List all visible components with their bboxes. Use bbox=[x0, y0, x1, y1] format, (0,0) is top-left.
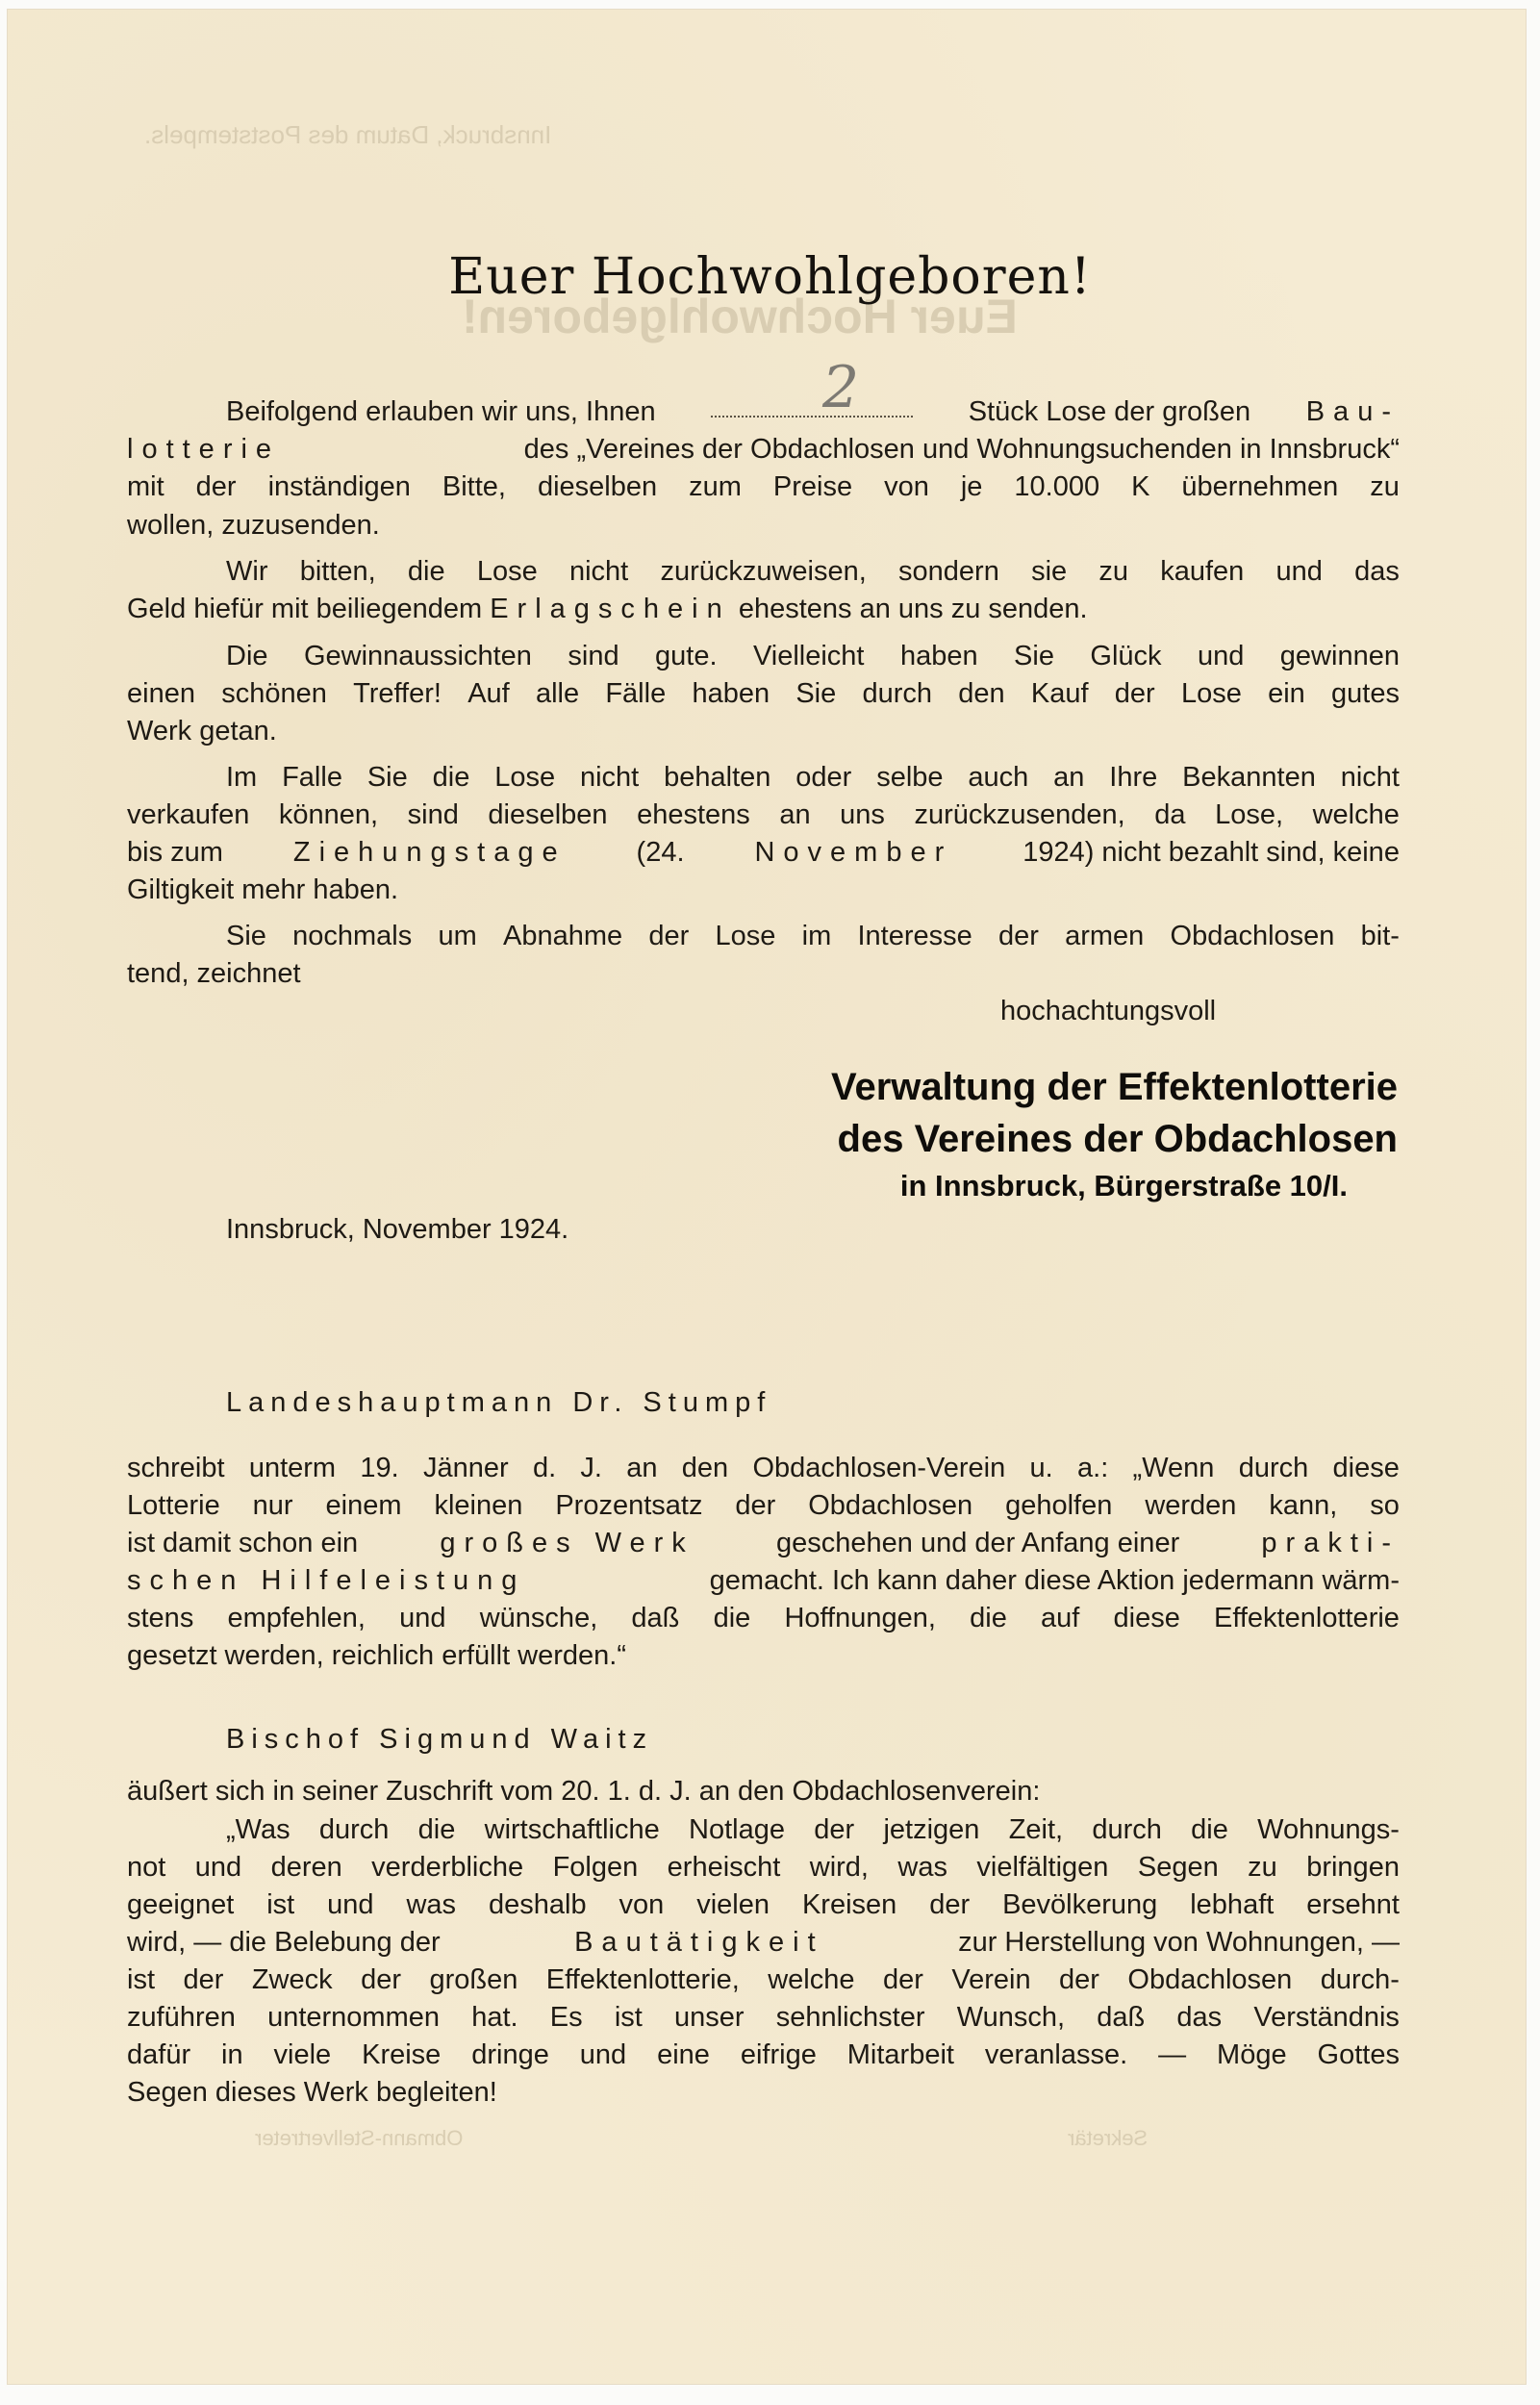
word: Auf bbox=[467, 678, 510, 710]
word: der bbox=[929, 1889, 970, 1921]
e1-line2: LotterienureinemkleinenProzentsatzderObd… bbox=[127, 1490, 1400, 1522]
word: die bbox=[408, 556, 445, 588]
word: Obdachlosen bbox=[808, 1490, 972, 1522]
word: der bbox=[883, 1964, 923, 1996]
word: Prozentsatz bbox=[555, 1490, 702, 1522]
word: Gewinnaussichten bbox=[304, 641, 532, 672]
signature-line3: in Innsbruck, Bürgerstraße 10/I. bbox=[900, 1169, 1348, 1203]
word: gewinnen bbox=[1280, 641, 1400, 672]
word: Sie bbox=[367, 762, 408, 794]
word: und bbox=[1198, 641, 1244, 672]
word: der bbox=[361, 1964, 401, 1996]
word: a.: bbox=[1077, 1453, 1108, 1484]
word: von bbox=[619, 1889, 665, 1921]
text: Erlagschein bbox=[490, 594, 731, 624]
word: unternommen bbox=[267, 2002, 440, 2034]
word: verderbliche bbox=[371, 1852, 523, 1884]
endorsement2-name: Bischof Sigmund Waitz bbox=[226, 1724, 653, 1756]
ticket-count-blank bbox=[711, 396, 913, 418]
word: nur bbox=[253, 1490, 293, 1522]
word: Fälle bbox=[605, 678, 666, 710]
word: der bbox=[998, 921, 1039, 952]
word: nochmals bbox=[292, 921, 412, 952]
word: der bbox=[183, 1964, 223, 1996]
word: Lose bbox=[1181, 678, 1242, 710]
word: d. bbox=[533, 1453, 556, 1484]
word: Wunsch, bbox=[957, 2002, 1065, 2034]
letter-salutation-title: Euer Hochwohlgeboren! bbox=[0, 248, 1540, 306]
text: Bau- bbox=[1306, 396, 1400, 428]
word: Kreise bbox=[362, 2039, 441, 2071]
word: vielfältigen bbox=[976, 1852, 1108, 1884]
p2-line2: Geld hiefür mit beiliegendem Erlagschein… bbox=[127, 594, 1088, 625]
word: ein bbox=[1268, 678, 1305, 710]
word: Falle bbox=[282, 762, 342, 794]
word: kann, bbox=[1269, 1490, 1337, 1522]
word: 19. bbox=[360, 1453, 398, 1484]
word: viele bbox=[274, 2039, 332, 2071]
word: Notlage bbox=[689, 1814, 785, 1846]
word: „Wenn bbox=[1133, 1453, 1215, 1484]
word: uns bbox=[840, 799, 885, 831]
word: unterm bbox=[249, 1453, 336, 1484]
word: sondern bbox=[898, 556, 999, 588]
word: gute. bbox=[655, 641, 718, 672]
word: vielen bbox=[696, 1889, 770, 1921]
word: um bbox=[438, 921, 476, 952]
text: (24. bbox=[637, 837, 685, 869]
e2-line8: Segen dieses Werk begleiten! bbox=[127, 2077, 497, 2109]
text: Geld hiefür mit beiliegendem bbox=[127, 594, 482, 624]
e2-line5: istderZweckdergroßenEffektenlotterie,wel… bbox=[127, 1964, 1400, 1996]
word: gutes bbox=[1331, 678, 1400, 710]
e2-line4: wird, — die Belebung der Bautätigkeit zu… bbox=[127, 1927, 1400, 1959]
e1-line3: ist damit schon ein großes Werk geschehe… bbox=[127, 1528, 1400, 1559]
word: Lose bbox=[477, 556, 538, 588]
word: und bbox=[399, 1603, 445, 1634]
word: schönen bbox=[221, 678, 327, 710]
word: schreibt bbox=[127, 1453, 225, 1484]
word: Möge bbox=[1217, 2039, 1287, 2071]
word: dringe bbox=[471, 2039, 549, 2071]
word: so bbox=[1370, 1490, 1400, 1522]
e2-line1: „WasdurchdiewirtschaftlicheNotlagederjet… bbox=[226, 1814, 1400, 1846]
word: Treffer! bbox=[353, 678, 442, 710]
word: das bbox=[1354, 556, 1400, 588]
word: haben bbox=[692, 678, 770, 710]
word: zurückzusenden, bbox=[914, 799, 1124, 831]
word: können, bbox=[279, 799, 378, 831]
word: großen bbox=[429, 1964, 518, 1996]
p2-line1: Wirbitten,dieLosenichtzurückzuweisen,son… bbox=[226, 556, 1400, 588]
word: übernehmen bbox=[1181, 471, 1338, 503]
word: deren bbox=[271, 1852, 342, 1884]
signature-line1: Verwaltung der Effektenlotterie bbox=[831, 1066, 1398, 1109]
word: Obdachlosen bbox=[1127, 1964, 1292, 1996]
p3-line2: einenschönenTreffer!AufalleFällehabenSie… bbox=[127, 678, 1400, 710]
word: nicht bbox=[1341, 762, 1400, 794]
word: „Was bbox=[226, 1814, 290, 1846]
word: eifrige bbox=[741, 2039, 817, 2071]
word: durch bbox=[319, 1814, 390, 1846]
text: großes Werk bbox=[440, 1528, 694, 1559]
text: Bautätigkeit bbox=[574, 1927, 824, 1959]
word: Preise bbox=[773, 471, 852, 503]
word: der bbox=[1115, 678, 1155, 710]
word: geholfen bbox=[1005, 1490, 1112, 1522]
word: daß bbox=[1097, 2002, 1145, 2034]
word: u. bbox=[1030, 1453, 1053, 1484]
word: zu bbox=[1098, 556, 1128, 588]
word: Sie bbox=[226, 921, 266, 952]
p1-line1: Beifolgend erlauben wir uns, Ihnen Stück… bbox=[226, 396, 1400, 428]
e1-line4: schen Hilfeleistung gemacht. Ich kann da… bbox=[127, 1565, 1400, 1597]
word: J. bbox=[580, 1453, 602, 1484]
word: auch bbox=[968, 762, 1028, 794]
word: armen bbox=[1065, 921, 1144, 952]
word: ersehnt bbox=[1306, 1889, 1400, 1921]
word: sie bbox=[1031, 556, 1067, 588]
word: Verein bbox=[951, 1964, 1030, 1996]
word: Folgen bbox=[553, 1852, 639, 1884]
word: erheischt bbox=[668, 1852, 781, 1884]
text: ist damit schon ein bbox=[127, 1528, 358, 1559]
word: Mitarbeit bbox=[847, 2039, 954, 2071]
word: das bbox=[1176, 2002, 1222, 2034]
word: Kauf bbox=[1031, 678, 1089, 710]
word: deshalb bbox=[489, 1889, 587, 1921]
text: prakti- bbox=[1261, 1528, 1400, 1559]
text: gemacht. Ich kann daher diese Aktion jed… bbox=[710, 1565, 1400, 1597]
word: durch bbox=[862, 678, 932, 710]
e1-line5: stensempfehlen,undwünsche,daßdieHoffnung… bbox=[127, 1603, 1400, 1634]
word: Lotterie bbox=[127, 1490, 220, 1522]
text: Beifolgend erlauben wir uns, Ihnen bbox=[226, 396, 656, 428]
word: ist bbox=[615, 2002, 643, 2034]
word: Obdachlosen-Verein bbox=[752, 1453, 1005, 1484]
word: hat. bbox=[471, 2002, 518, 2034]
word: 10.000 bbox=[1014, 471, 1099, 503]
word: an bbox=[1053, 762, 1084, 794]
word: wirtschaftliche bbox=[485, 1814, 660, 1846]
word: bit- bbox=[1361, 921, 1400, 952]
word: den bbox=[958, 678, 1004, 710]
word: je bbox=[961, 471, 983, 503]
text: bis zum bbox=[127, 837, 223, 869]
word: bitten, bbox=[300, 556, 376, 588]
word: Sie bbox=[795, 678, 836, 710]
e2-line7: dafürinvieleKreisedringeundeineeifrigeMi… bbox=[127, 2039, 1400, 2071]
p4-line2: verkaufenkönnen,sinddieselbenehestensanu… bbox=[127, 799, 1400, 831]
word: ehestens bbox=[637, 799, 750, 831]
word: die bbox=[433, 762, 470, 794]
word: eine bbox=[657, 2039, 710, 2071]
word: der bbox=[735, 1490, 775, 1522]
word: lebhaft bbox=[1190, 1889, 1274, 1921]
word: dieselben bbox=[488, 799, 607, 831]
word: kleinen bbox=[434, 1490, 522, 1522]
word: einem bbox=[326, 1490, 402, 1522]
word: Im bbox=[226, 762, 257, 794]
word: dieselben bbox=[538, 471, 657, 503]
word: Sie bbox=[1014, 641, 1054, 672]
word: und bbox=[195, 1852, 241, 1884]
word: die bbox=[1191, 1814, 1228, 1846]
word: Ihre bbox=[1109, 762, 1157, 794]
word: nicht bbox=[569, 556, 628, 588]
text: 1924) nicht bezahlt sind, keine bbox=[1022, 837, 1400, 869]
word: oder bbox=[795, 762, 851, 794]
word: die bbox=[970, 1603, 1007, 1634]
word: verkaufen bbox=[127, 799, 249, 831]
word: nicht bbox=[580, 762, 639, 794]
word: jetzigen bbox=[883, 1814, 979, 1846]
text: geschehen und der Anfang einer bbox=[776, 1528, 1179, 1559]
e2-line2: notundderenverderblicheFolgenerheischtwi… bbox=[127, 1852, 1400, 1884]
word: daß bbox=[631, 1603, 679, 1634]
word: Lose bbox=[716, 921, 776, 952]
word: inständigen bbox=[268, 471, 411, 503]
word: der bbox=[1059, 1964, 1099, 1996]
p4-line1: ImFalleSiedieLosenichtbehaltenoderselbea… bbox=[226, 762, 1400, 794]
text: des „Vereines der Obdachlosen und Wohnun… bbox=[524, 434, 1400, 466]
word: zuführen bbox=[127, 2002, 236, 2034]
word: zu bbox=[1248, 1852, 1277, 1884]
word: wird, bbox=[810, 1852, 869, 1884]
word: — bbox=[1158, 2039, 1186, 2071]
word: Vielleicht bbox=[753, 641, 865, 672]
word: Effektenlotterie, bbox=[546, 1964, 740, 1996]
word: zu bbox=[1370, 471, 1400, 503]
word: not bbox=[127, 1852, 165, 1884]
word: sehnlichster bbox=[776, 2002, 925, 2034]
word: ist bbox=[266, 1889, 294, 1921]
word: selbe bbox=[876, 762, 943, 794]
word: diese bbox=[1114, 1603, 1180, 1634]
word: kaufen bbox=[1160, 556, 1244, 588]
endorsement1-name: Landeshauptmann Dr. Stumpf bbox=[226, 1387, 771, 1419]
p1-line2: lotterie des „Vereines der Obdachlosen u… bbox=[127, 434, 1400, 466]
word: Bekannten bbox=[1182, 762, 1316, 794]
word: geeignet bbox=[127, 1889, 234, 1921]
word: auf bbox=[1041, 1603, 1079, 1634]
word: mit bbox=[127, 471, 164, 503]
word: welche bbox=[768, 1964, 854, 1996]
word: einen bbox=[127, 678, 195, 710]
word: was bbox=[406, 1889, 456, 1921]
text: lotterie bbox=[127, 434, 280, 466]
e2-intro: äußert sich in seiner Zuschrift vom 20. … bbox=[127, 1776, 1040, 1808]
word: zum bbox=[689, 471, 742, 503]
word: Zeit, bbox=[1009, 1814, 1063, 1846]
word: Kreisen bbox=[802, 1889, 896, 1921]
word: Interesse bbox=[857, 921, 972, 952]
word: Bevölkerung bbox=[1002, 1889, 1157, 1921]
closing-hochachtungsvoll: hochachtungsvoll bbox=[1000, 996, 1216, 1027]
word: sind bbox=[568, 641, 619, 672]
text: November bbox=[754, 837, 952, 869]
word: der bbox=[648, 921, 689, 952]
word: unser bbox=[674, 2002, 745, 2034]
word: die bbox=[714, 1603, 751, 1634]
word: durch bbox=[1092, 1814, 1162, 1846]
text: Stück Lose der großen bbox=[969, 396, 1250, 428]
word: Segen bbox=[1138, 1852, 1219, 1884]
word: in bbox=[221, 2039, 243, 2071]
e2-line6: zuführenunternommenhat.Esistunsersehnlic… bbox=[127, 2002, 1400, 2034]
text: Ziehungstage bbox=[293, 837, 567, 869]
e2-line3: geeignetistundwasdeshalbvonvielenKreisen… bbox=[127, 1889, 1400, 1921]
word: Glück bbox=[1090, 641, 1161, 672]
word: Verständnis bbox=[1253, 2002, 1400, 2034]
word: Die bbox=[226, 641, 268, 672]
p5-line1: SienochmalsumAbnahmederLoseimInteressede… bbox=[226, 921, 1400, 952]
word: Lose bbox=[494, 762, 555, 794]
word: durch- bbox=[1321, 1964, 1400, 1996]
word: Wohnungs- bbox=[1257, 1814, 1400, 1846]
p4-line3: bis zum Ziehungstage (24. November 1924)… bbox=[127, 837, 1400, 869]
word: die bbox=[418, 1814, 456, 1846]
word: an bbox=[626, 1453, 657, 1484]
word: Hoffnungen, bbox=[784, 1603, 936, 1634]
word: wünsche, bbox=[480, 1603, 598, 1634]
word: bringen bbox=[1306, 1852, 1400, 1884]
word: welche bbox=[1313, 799, 1400, 831]
word: im bbox=[802, 921, 832, 952]
word: Zweck bbox=[252, 1964, 333, 1996]
word: Jänner bbox=[423, 1453, 509, 1484]
word: Wir bbox=[226, 556, 267, 588]
word: Gottes bbox=[1318, 2039, 1400, 2071]
word: Bitte, bbox=[442, 471, 506, 503]
handwritten-count: 2 bbox=[822, 354, 859, 421]
word: Es bbox=[550, 2002, 583, 2034]
word: von bbox=[884, 471, 929, 503]
word: und bbox=[327, 1889, 373, 1921]
word: empfehlen, bbox=[228, 1603, 366, 1634]
word: Effektenlotterie bbox=[1214, 1603, 1400, 1634]
signature-line2: des Vereines der Obdachlosen bbox=[838, 1118, 1398, 1161]
word: sind bbox=[408, 799, 459, 831]
word: dafür bbox=[127, 2039, 190, 2071]
word: Lose, bbox=[1215, 799, 1283, 831]
p3-line3: Werk getan. bbox=[127, 716, 277, 747]
word: an bbox=[779, 799, 810, 831]
word: diese bbox=[1333, 1453, 1400, 1484]
text: wird, — die Belebung der bbox=[127, 1927, 441, 1959]
word: K bbox=[1131, 471, 1149, 503]
word: haben bbox=[900, 641, 978, 672]
word: durch bbox=[1239, 1453, 1309, 1484]
word: Abnahme bbox=[503, 921, 622, 952]
word: da bbox=[1154, 799, 1185, 831]
word: der bbox=[814, 1814, 854, 1846]
p4-line4: Giltigkeit mehr haben. bbox=[127, 874, 398, 906]
word: Obdachlosen bbox=[1171, 921, 1335, 952]
p1-line4: wollen, zuzusenden. bbox=[127, 510, 380, 542]
p1-line3: mitderinständigenBitte,dieselbenzumPreis… bbox=[127, 471, 1400, 503]
text: schen Hilfeleistung bbox=[127, 1565, 525, 1597]
word: ist bbox=[127, 1964, 155, 1996]
place-date: Innsbruck, November 1924. bbox=[226, 1214, 568, 1246]
word: zurückzuweisen, bbox=[660, 556, 866, 588]
word: den bbox=[682, 1453, 728, 1484]
word: und bbox=[1276, 556, 1323, 588]
word: stens bbox=[127, 1603, 193, 1634]
word: was bbox=[897, 1852, 947, 1884]
e1-line1: schreibtunterm19.Jännerd.J.andenObdachlo… bbox=[127, 1453, 1400, 1484]
p5-line2: tend, zeichnet bbox=[127, 958, 301, 990]
text: ehestens an uns zu senden. bbox=[739, 594, 1088, 624]
text: zur Herstellung von Wohnungen, — bbox=[958, 1927, 1400, 1959]
word: der bbox=[196, 471, 237, 503]
word: behalten bbox=[664, 762, 770, 794]
p3-line1: DieGewinnaussichtensindgute.Vielleichtha… bbox=[226, 641, 1400, 672]
word: werden bbox=[1145, 1490, 1236, 1522]
word: alle bbox=[536, 678, 579, 710]
word: und bbox=[580, 2039, 626, 2071]
e1-line6: gesetzt werden, reichlich erfüllt werden… bbox=[127, 1640, 626, 1672]
word: veranlasse. bbox=[985, 2039, 1127, 2071]
